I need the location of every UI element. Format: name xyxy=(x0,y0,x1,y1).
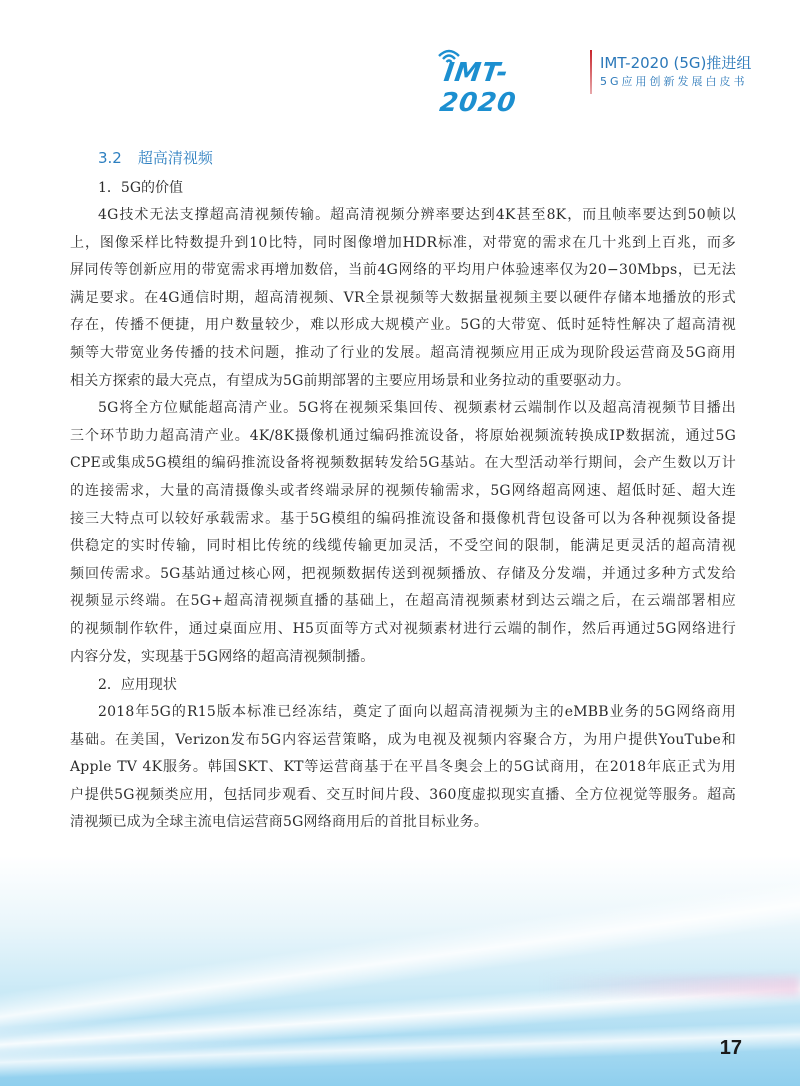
section-title: 超高清视频 xyxy=(138,149,213,167)
text-line: 内容分发，实现基于5G网络的超高清视频制播。 xyxy=(70,644,736,672)
page-content: 3.2超高清视频 1．5G的价值 4G技术无法支撑超高清视频传输。超高清视频分辨… xyxy=(70,146,736,837)
text-line: Apple TV 4K服务。韩国SKT、KT等运营商基于在平昌冬奥会上的5G试商… xyxy=(70,754,736,782)
page-header: IMT-2020 IMT-2020 (5G)推进组 5G应用创新发展白皮书 xyxy=(430,44,770,100)
text-line: 户提供5G视频类应用，包括同步观看、交互时间片段、360度虚拟现实直播、全方位视… xyxy=(70,782,736,810)
subsection-heading-value: 1．5G的价值 xyxy=(70,174,736,202)
text-line: 视频显示终端。在5G+超高清视频直播的基础上，在超高清视频素材到达云端之后，在云… xyxy=(70,588,736,616)
text-line: 5G将全方位赋能超高清产业。5G将在视频采集回传、视频素材云端制作以及超高清视频… xyxy=(70,395,736,423)
text-line: 基础。在美国，Verizon发布5G内容运营策略，成为电视及视频内容聚合方，为用… xyxy=(70,727,736,755)
section-heading: 3.2超高清视频 xyxy=(70,146,736,174)
imt-2020-logo: IMT-2020 xyxy=(432,46,580,96)
section-number: 3.2 xyxy=(98,149,122,167)
text-line: 2018年5G的R15版本标准已经冻结，奠定了面向以超高清视频为主的eMBB业务… xyxy=(70,699,736,727)
logo-text: IMT-2020 xyxy=(438,58,584,118)
organization-name: IMT-2020 (5G)推进组 xyxy=(600,52,751,73)
text-line: 频等大带宽业务传播的技术问题，推动了行业的发展。超高清视频应用正成为现阶段运营商… xyxy=(70,340,736,368)
subsection-heading-status: 2．应用现状 xyxy=(70,671,736,699)
text-line: 满足要求。在4G通信时期，超高清视频、VR全景视频等大数据量视频主要以硬件存储本… xyxy=(70,285,736,313)
text-line: 供稳定的实时传输，同时相比传统的线缆传输更加灵活，不受空间的限制，能满足更灵活的… xyxy=(70,533,736,561)
page-number: 17 xyxy=(720,1037,742,1060)
paragraph-4g-limits: 4G技术无法支撑超高清视频传输。超高清视频分辨率要达到4K甚至8K，而且帧率要达… xyxy=(70,202,736,395)
text-line: 相关方探索的最大亮点，有望成为5G前期部署的主要应用场景和业务拉动的重要驱动力。 xyxy=(70,368,736,396)
text-line: 的连接需求，大量的高清摄像头或者终端录屏的视频传输需求，5G网络超高网速、超低时… xyxy=(70,478,736,506)
text-line: 频回传需求。5G基站通过核心网，把视频数据传送到视频播放、存储及分发端，并通过多… xyxy=(70,561,736,589)
text-line: 屏同传等创新应用的带宽需求再增加数倍，当前4G网络的平均用户体验速率仅为20−3… xyxy=(70,257,736,285)
text-line: 存在，传播不便捷，用户数量较少，难以形成大规模产业。5G的大带宽、低时延特性解决… xyxy=(70,312,736,340)
decorative-wave-background xyxy=(0,856,800,1086)
text-line: 的视频制作软件，通过桌面应用、H5页面等方式对视频素材进行云端的制作，然后再通过… xyxy=(70,616,736,644)
text-line: 上，图像采样比特数提升到10比特，同时图像增加HDR标准，对带宽的需求在几十兆到… xyxy=(70,230,736,258)
text-line: 4G技术无法支撑超高清视频传输。超高清视频分辨率要达到4K甚至8K，而且帧率要达… xyxy=(70,202,736,230)
text-line: 清视频已成为全球主流电信运营商5G网络商用后的首批目标业务。 xyxy=(70,809,736,837)
header-divider xyxy=(590,50,592,94)
text-line: 三个环节助力超高清产业。4K/8K摄像机通过编码推流设备，将原始视频流转换成IP… xyxy=(70,423,736,451)
paragraph-application-status: 2018年5G的R15版本标准已经冻结，奠定了面向以超高清视频为主的eMBB业务… xyxy=(70,699,736,837)
text-line: CPE或集成5G模组的编码推流设备将视频数据转发给5G基站。在大型活动举行期间，… xyxy=(70,450,736,478)
text-line: 接三大特点可以较好承载需求。基于5G模组的编码推流设备和摄像机背包设备可以为各种… xyxy=(70,506,736,534)
paragraph-5g-empowerment: 5G将全方位赋能超高清产业。5G将在视频采集回传、视频素材云端制作以及超高清视频… xyxy=(70,395,736,671)
document-title: 5G应用创新发展白皮书 xyxy=(600,73,748,89)
